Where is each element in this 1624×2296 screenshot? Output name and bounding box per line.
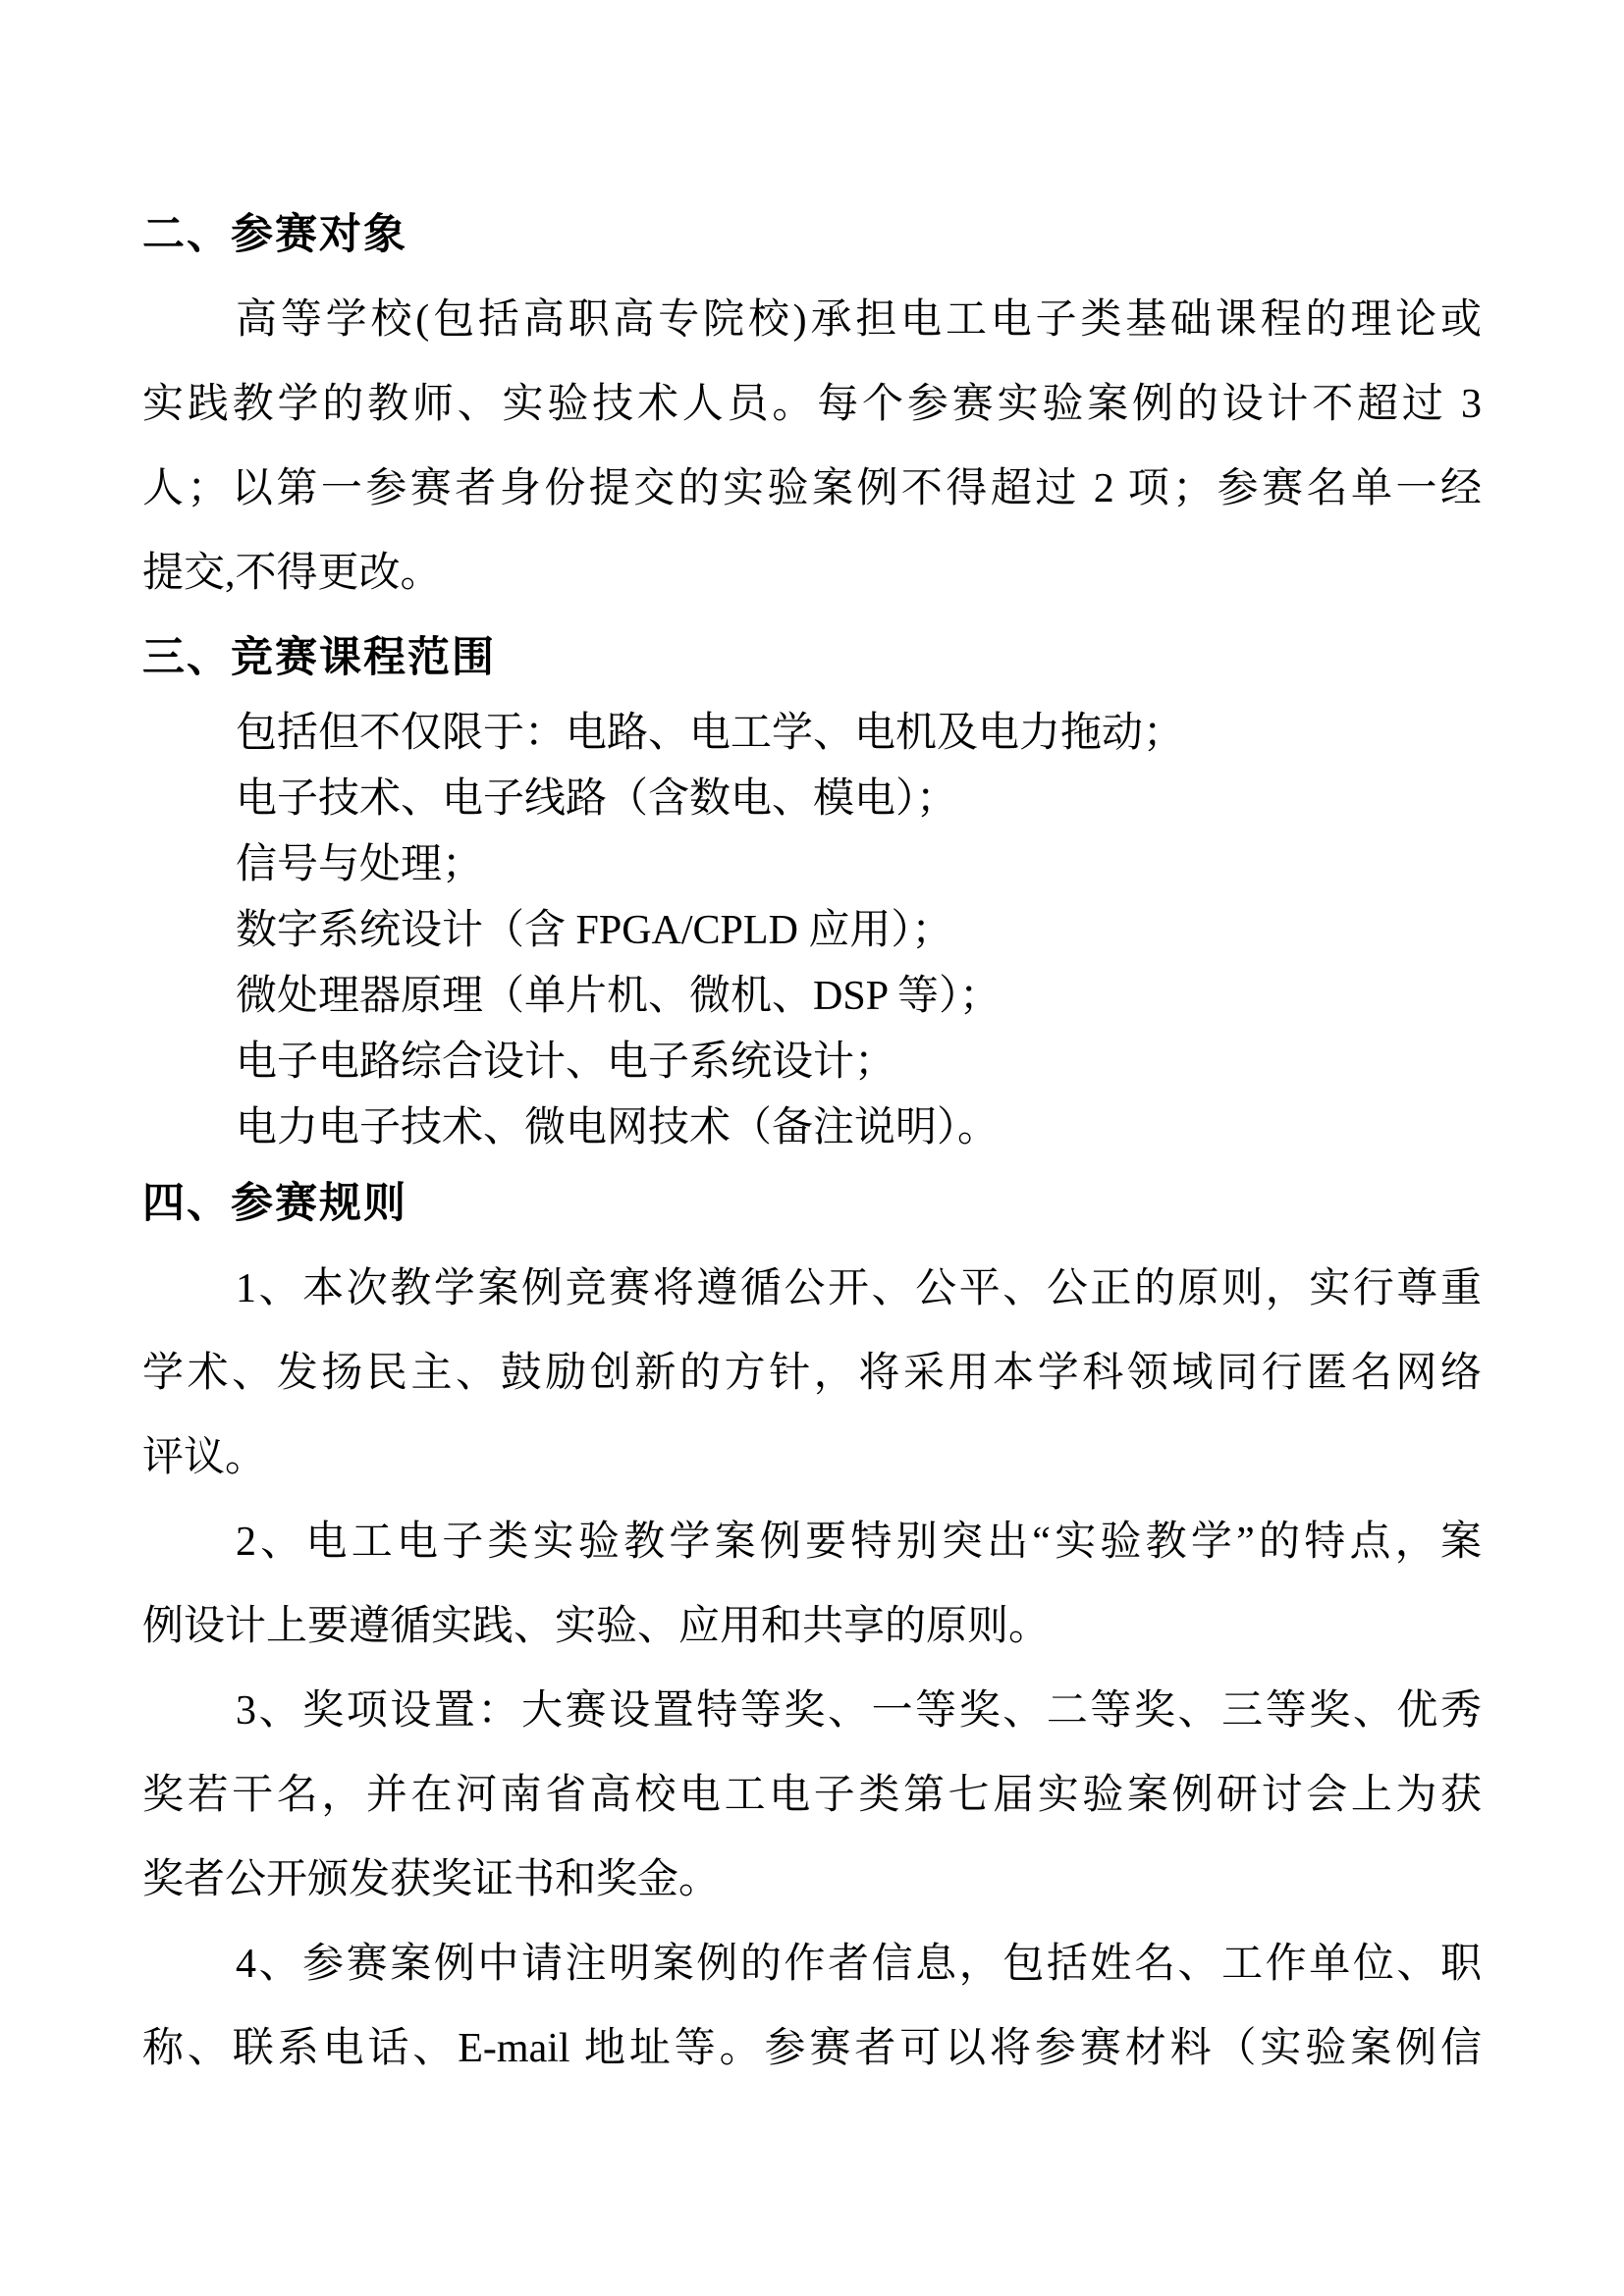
- section-heading-2: 三、竞赛课程范围: [142, 615, 1482, 701]
- text-line: 提交,不得更改。: [142, 531, 1482, 615]
- text-line: 电力电子技术、微电网技术（备注说明）。: [142, 1095, 1482, 1161]
- text-line: 评议。: [142, 1415, 1482, 1500]
- text-line: 3、奖项设置：大赛设置特等奖、一等奖、二等奖、三等奖、优秀: [142, 1669, 1482, 1753]
- text-line: 称、联系电话、E-mail 地址等。参赛者可以将参赛材料（实验案例信: [142, 2006, 1482, 2091]
- section-heading-3: 四、参赛规则: [142, 1161, 1482, 1247]
- text-line: 奖若干名，并在河南省高校电工电子类第七届实验案例研讨会上为获: [142, 1753, 1482, 1838]
- text-line: 奖者公开颁发获奖证书和奖金。: [142, 1838, 1482, 1922]
- text-line: 学术、发扬民主、鼓励创新的方针，将采用本学科领域同行匿名网络: [142, 1331, 1482, 1415]
- text-line: 人；以第一参赛者身份提交的实验案例不得超过 2 项；参赛名单一经: [142, 447, 1482, 531]
- text-line: 2、电工电子类实验教学案例要特别突出“实验教学”的特点，案: [142, 1500, 1482, 1584]
- document-page: 二、参赛对象高等学校(包括高职高专院校)承担电工电子类基础课程的理论或实践教学的…: [0, 0, 1624, 2296]
- text-line: 微处理器原理（单片机、微机、DSP 等）；: [142, 964, 1482, 1030]
- text-line: 4、参赛案例中请注明案例的作者信息，包括姓名、工作单位、职: [142, 1922, 1482, 2006]
- text-line: 电子技术、电子线路（含数电、模电）；: [142, 767, 1482, 832]
- text-line: 例设计上要遵循实践、实验、应用和共享的原则。: [142, 1584, 1482, 1669]
- section-heading-1: 二、参赛对象: [142, 192, 1482, 278]
- text-line: 信号与处理；: [142, 832, 1482, 898]
- text-line: 电子电路综合设计、电子系统设计；: [142, 1030, 1482, 1095]
- text-line: 数字系统设计（含 FPGA/CPLD 应用）；: [142, 898, 1482, 964]
- text-line: 实践教学的教师、实验技术人员。每个参赛实验案例的设计不超过 3: [142, 362, 1482, 447]
- text-line: 高等学校(包括高职高专院校)承担电工电子类基础课程的理论或: [142, 278, 1482, 362]
- text-line: 包括但不仅限于：电路、电工学、电机及电力拖动；: [142, 701, 1482, 767]
- text-line: 1、本次教学案例竞赛将遵循公开、公平、公正的原则，实行尊重: [142, 1247, 1482, 1331]
